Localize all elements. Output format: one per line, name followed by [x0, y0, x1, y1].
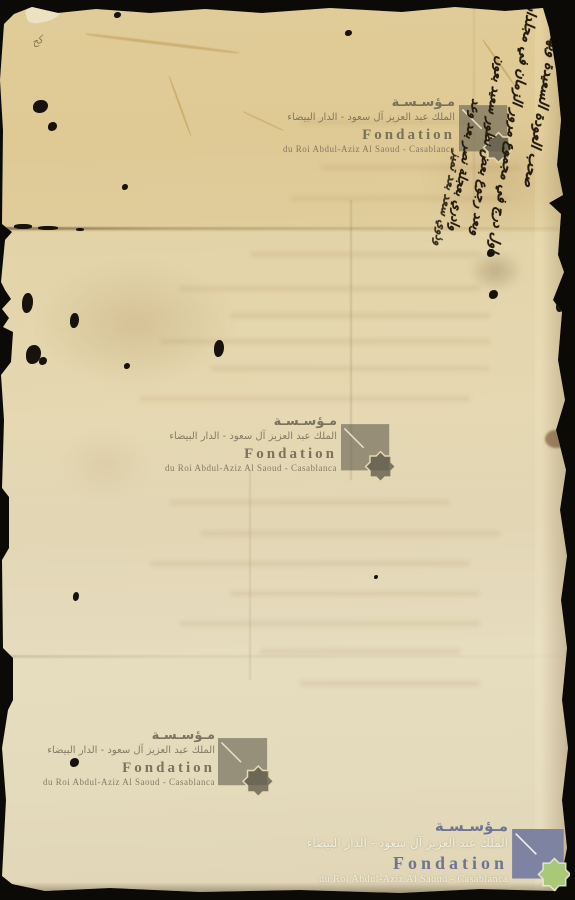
handwriting-mark: كح — [31, 35, 45, 49]
bleedthrough-line — [180, 286, 480, 291]
ink-spot — [48, 122, 57, 131]
stain — [35, 262, 235, 387]
scanned-document: مـؤسـسـة الملك عبد العزيز آل سعود - الدا… — [0, 0, 575, 900]
bleedthrough-line — [200, 531, 500, 536]
ink-spot — [70, 313, 79, 328]
stain — [468, 250, 523, 292]
foundation-subtitle-arabic: الملك عبد العزيز آل سعود - الدار البيضاء — [307, 836, 508, 851]
bleedthrough-line — [140, 396, 470, 401]
bleedthrough-line — [150, 561, 470, 566]
foundation-name-french: Fondation — [43, 760, 215, 776]
foundation-logo-icon — [218, 738, 273, 803]
horizontal-crease-faint — [0, 655, 575, 658]
stain — [60, 430, 150, 500]
foundation-name-arabic: مـؤسـسـة — [307, 818, 508, 835]
ink-spot — [76, 228, 84, 231]
foundation-subtitle-arabic: الملك عبد العزيز آل سعود - الدار البيضاء — [165, 430, 337, 443]
ink-spot — [33, 100, 48, 113]
foundation-watermark-lower: مـؤسـسـة الملك عبد العزيز آل سعود - الدا… — [48, 728, 273, 798]
ink-spot — [14, 224, 32, 229]
ink-spot — [556, 300, 564, 312]
foundation-name-french: Fondation — [165, 446, 337, 462]
foundation-watermark-text: مـؤسـسـة الملك عبد العزيز آل سعود - الدا… — [43, 728, 215, 788]
stain-streak — [242, 110, 285, 131]
foundation-subtitle-french: du Roi Abdul-Aziz Al Saoud - Casablanca — [307, 874, 508, 886]
bleedthrough-line — [250, 252, 480, 257]
foundation-subtitle-french: du Roi Abdul-Aziz Al Saoud - Casablanca — [43, 777, 215, 788]
bleedthrough-line — [160, 339, 490, 344]
foundation-logo-icon — [341, 424, 395, 488]
stain-streak — [85, 33, 239, 55]
ink-spot — [114, 12, 121, 18]
foundation-watermark-text: مـؤسـسـة الملك عبد العزيز آل سعود - الدا… — [283, 95, 455, 155]
foundation-name-french: Fondation — [307, 854, 508, 873]
foundation-subtitle-arabic: الملك عبد العزيز آل سعود - الدار البيضاء — [283, 111, 455, 124]
foundation-stamp-bottom: مـؤسـسـة الملك عبد العزيز آل سعود - الدا… — [305, 818, 570, 900]
paper-sheet: مـؤسـسـة الملك عبد العزيز آل سعود - الدا… — [0, 0, 575, 900]
bleedthrough-line — [260, 649, 460, 654]
foundation-name-french: Fondation — [283, 127, 455, 143]
foundation-name-arabic: مـؤسـسـة — [283, 95, 455, 110]
foundation-watermark-text: مـؤسـسـة الملك عبد العزيز آل سعود - الدا… — [165, 414, 337, 474]
ink-spot — [345, 30, 352, 36]
ink-spot — [124, 363, 130, 369]
stain-streak — [168, 76, 192, 137]
ink-spot — [214, 340, 224, 357]
foundation-name-arabic: مـؤسـسـة — [43, 728, 215, 743]
foundation-logo-icon — [512, 829, 570, 897]
torn-paper-flap — [25, 1, 62, 26]
foundation-stamp-text: مـؤسـسـة الملك عبد العزيز آل سعود - الدا… — [307, 818, 508, 886]
vertical-crease — [249, 470, 251, 680]
foundation-subtitle-french: du Roi Abdul-Aziz Al Saoud - Casablanca — [165, 463, 337, 474]
ink-spot — [374, 575, 378, 579]
ink-spot — [39, 357, 47, 365]
ink-spot — [122, 184, 128, 190]
bleedthrough-line — [300, 681, 480, 686]
bleedthrough-line — [170, 500, 450, 505]
ink-spot — [38, 226, 58, 230]
foundation-subtitle-arabic: الملك عبد العزيز آل سعود - الدار البيضاء — [43, 744, 215, 757]
foundation-name-arabic: مـؤسـسـة — [165, 414, 337, 429]
foundation-subtitle-french: du Roi Abdul-Aziz Al Saoud - Casablanca — [283, 144, 455, 155]
ink-spot — [73, 592, 79, 601]
foundation-watermark-middle: مـؤسـسـة الملك عبد العزيز آل سعود - الدا… — [170, 414, 395, 484]
bleedthrough-line — [180, 621, 480, 626]
ink-spot — [489, 290, 498, 299]
ink-spot — [22, 293, 33, 313]
right-edge-shadow — [541, 0, 571, 900]
bleedthrough-line — [230, 591, 480, 596]
bleedthrough-line — [230, 313, 490, 318]
